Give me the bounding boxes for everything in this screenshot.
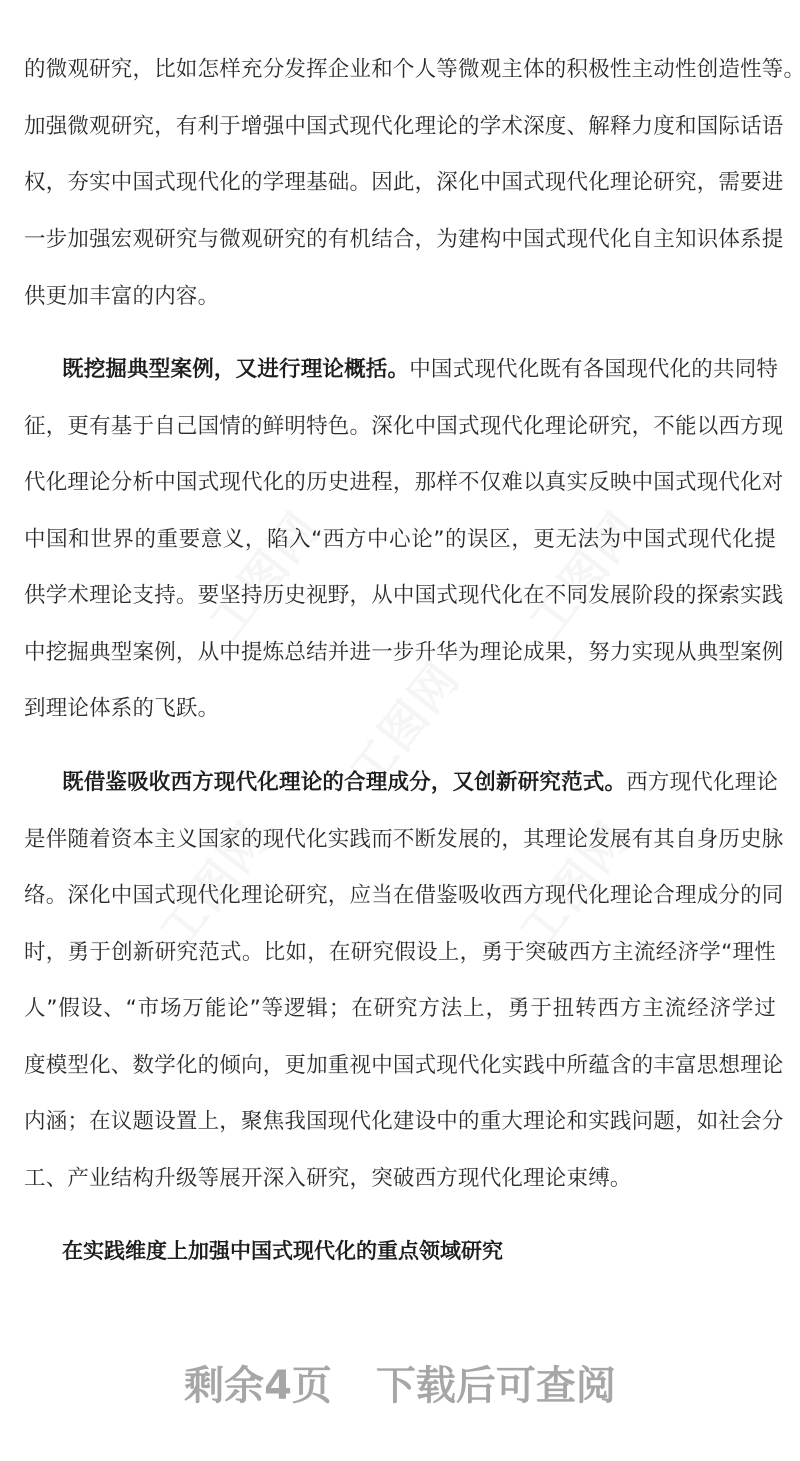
text-line: 加强微观研究，有利于增强中国式现代化理论的学术深度、解释力度和国际话语 (24, 112, 776, 142)
paragraph-lead-bold: 既借鉴吸收西方现代化理论的合理成分，又创新研究范式。 (62, 770, 626, 795)
section-heading: 在实践维度上加强中国式现代化的重点领域研究 (62, 1236, 503, 1266)
remaining-pages-label: 剩余4页 (184, 1363, 332, 1409)
text-line: 供学术理论支持。要坚持历史视野，从中国式现代化在不同发展阶段的探索实践 (24, 581, 776, 611)
watermark: 工图网 (512, 496, 653, 650)
text-line: 人”假设、“市场万能论”等逻辑；在研究方法上，勇于扭转西方主流经济学过 (24, 994, 776, 1024)
document-page: 工图网 工图网 工图网 工图网 工图网 的微观研究，比如怎样充分发挥企业和个人等… (0, 0, 800, 1461)
text-line: 工、产业结构升级等展开深入研究，突破西方现代化理论束缚。 (24, 1164, 776, 1194)
text-line: 中国和世界的重要意义，陷入“西方中心论”的误区，更无法为中国式现代化提 (24, 525, 776, 555)
text-line: 时，勇于创新研究范式。比如，在研究假设上，勇于突破西方主流经济学“理性 (24, 938, 776, 968)
text-line: 是伴随着资本主义国家的现代化实践而不断发展的，其理论发展有其自身历史脉 (24, 825, 776, 855)
download-to-read-more-banner[interactable]: 剩余4页下载后可查阅 (0, 1358, 800, 1414)
text-line: 内涵；在议题设置上，聚焦我国现代化建设中的重大理论和实践问题，如社会分 (24, 1107, 776, 1137)
watermark: 工图网 (192, 496, 333, 650)
text-line: 代化理论分析中国式现代化的历史进程，那样不仅难以真实反映中国式现代化对 (24, 468, 776, 498)
download-to-view-label: 下载后可查阅 (376, 1363, 616, 1409)
paragraph-first-line-text: 中国式现代化既有各国现代化的共同特 (409, 357, 778, 382)
paragraph-first-line: 既挖掘典型案例，又进行理论概括。中国式现代化既有各国现代化的共同特 (62, 355, 776, 385)
text-line: 到理论体系的飞跃。 (24, 694, 776, 724)
text-line: 权，夯实中国式现代化的学理基础。因此，深化中国式现代化理论研究，需要进 (24, 168, 776, 198)
paragraph-first-line-text: 西方现代化理论 (626, 770, 778, 795)
text-line: 度模型化、数学化的倾向，更加重视中国式现代化实践中所蕴含的丰富思想理论 (24, 1051, 776, 1081)
paragraph-lead-bold: 既挖掘典型案例，又进行理论概括。 (62, 357, 409, 382)
text-line: 一步加强宏观研究与微观研究的有机结合，为建构中国式现代化自主知识体系提 (24, 225, 776, 255)
text-line: 供更加丰富的内容。 (24, 282, 776, 312)
text-line: 的微观研究，比如怎样充分发挥企业和个人等微观主体的积极性主动性创造性等。 (24, 55, 776, 85)
text-line: 络。深化中国式现代化理论研究，应当在借鉴吸收西方现代化理论合理成分的同 (24, 881, 776, 911)
text-line: 中挖掘典型案例，从中提炼总结并进一步升华为理论成果，努力实现从典型案例 (24, 638, 776, 668)
paragraph-first-line: 既借鉴吸收西方现代化理论的合理成分，又创新研究范式。西方现代化理论 (62, 768, 776, 798)
text-line: 征，更有基于自己国情的鲜明特色。深化中国式现代化理论研究，不能以西方现 (24, 412, 776, 442)
